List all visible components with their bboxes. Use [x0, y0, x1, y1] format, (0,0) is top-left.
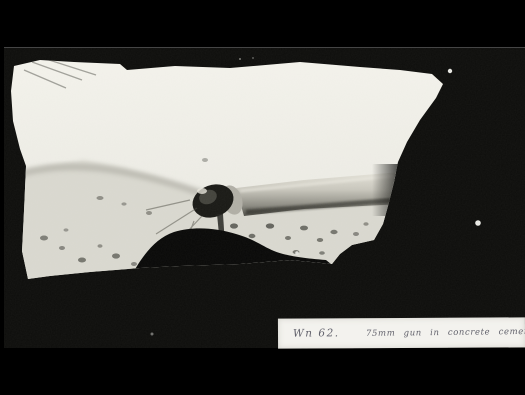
photo-scene — [4, 48, 525, 348]
caption-box: Wn 62. 75mm gun in concrete cement pillb… — [278, 317, 525, 348]
pillbox-photo: Wn 62. 75mm gun in concrete cement pillb… — [4, 47, 525, 348]
film-grain-overlay — [4, 48, 525, 348]
caption-text: 75mm gun in concrete cement pillbox. — [366, 326, 525, 339]
scanned-page: Wn 62. 75mm gun in concrete cement pillb… — [0, 0, 525, 395]
caption-site-label: Wn 62. — [293, 327, 340, 339]
